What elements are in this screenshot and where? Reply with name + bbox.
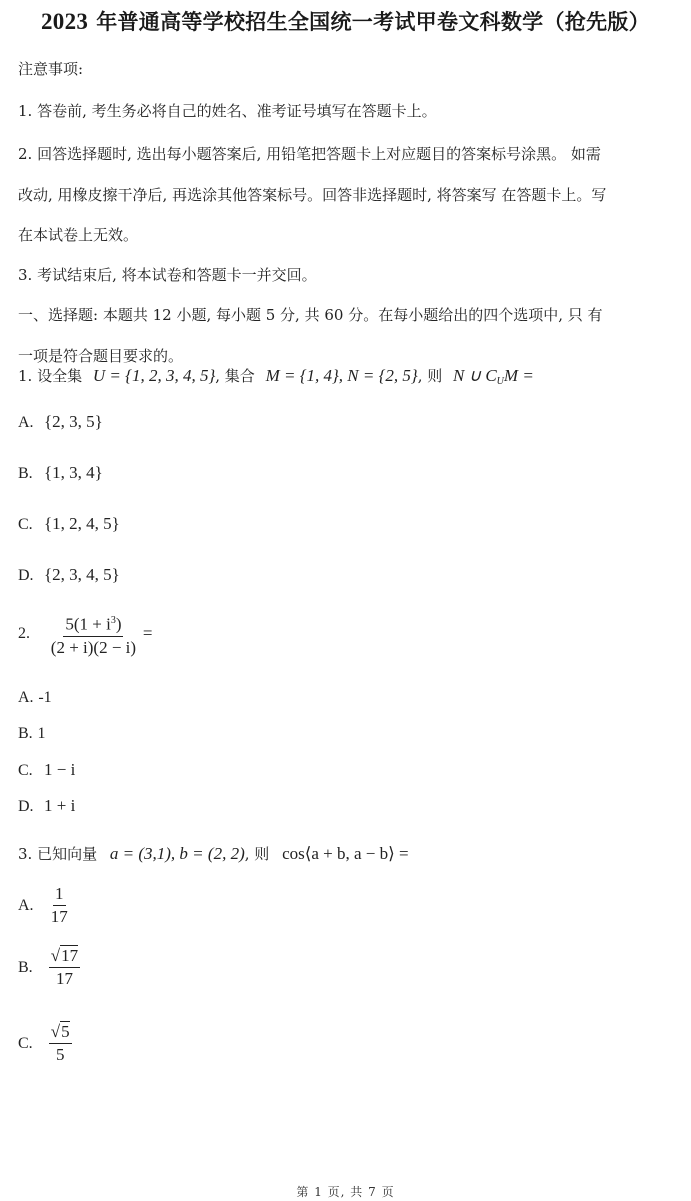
notice-2-cont: 改动, 用橡皮擦干净后, 再选涂其他答案标号。回答非选择题时, 将答案写 在答题… bbox=[18, 184, 606, 205]
stem-text: , 集合 bbox=[215, 367, 255, 385]
option-value: -1 bbox=[38, 689, 51, 706]
question-number: 2. bbox=[18, 625, 44, 643]
math-subscript: U bbox=[497, 376, 504, 387]
option-2a: A. -1 bbox=[18, 688, 52, 707]
option-value: {1, 3, 4} bbox=[44, 463, 103, 482]
option-label: C. bbox=[18, 516, 44, 534]
radicand: 17 bbox=[60, 945, 78, 965]
notice-1: 1. 答卷前, 考生务必将自己的姓名、准考证号填写在答题卡上。 bbox=[18, 100, 437, 121]
option-value: {2, 3, 4, 5} bbox=[44, 565, 120, 584]
numerator-part: 5(1 + i bbox=[65, 615, 110, 634]
option-2d: D.1 + i bbox=[18, 796, 75, 816]
option-label: D. bbox=[18, 567, 44, 585]
numerator: 5(1 + i3) bbox=[63, 611, 123, 637]
option-label: A. bbox=[18, 414, 44, 432]
page-footer: 第 1 页, 共 7 页 bbox=[0, 1183, 691, 1200]
sqrt-symbol: √17 bbox=[51, 946, 78, 966]
option-3c: C. √5 5 bbox=[18, 1022, 72, 1065]
radicand: 5 bbox=[60, 1021, 70, 1041]
notice-3: 3. 考试结束后, 将本试卷和答题卡一并交回。 bbox=[18, 264, 317, 285]
stem-text: 设全集 bbox=[37, 367, 82, 385]
section-intro: 一、选择题: 本题共 12 小题, 每小题 5 分, 共 60 分。在每小题给出… bbox=[18, 304, 603, 325]
numerator-part: ) bbox=[116, 615, 122, 634]
option-value: {1, 2, 4, 5} bbox=[44, 514, 120, 533]
question-2-stem: 2. 5(1 + i3) (2 + i)(2 − i) = bbox=[18, 611, 152, 658]
question-1-stem: 1. 设全集 U = {1, 2, 3, 4, 5}, 集合 M = {1, 4… bbox=[18, 365, 534, 387]
denominator: 17 bbox=[49, 906, 70, 927]
option-label: C. bbox=[18, 1035, 44, 1053]
numerator: √17 bbox=[49, 946, 80, 968]
stem-text: , 则 bbox=[418, 367, 443, 385]
sqrt-symbol: √5 bbox=[51, 1022, 70, 1042]
numerator: √5 bbox=[49, 1022, 72, 1044]
option-label: C. bbox=[18, 762, 44, 780]
option-1a: A.{2, 3, 5} bbox=[18, 412, 103, 432]
option-label: B. bbox=[18, 725, 33, 742]
option-3a: A. 1 17 bbox=[18, 884, 70, 927]
option-2c: C.1 − i bbox=[18, 760, 75, 780]
notice-2-end: 在本试卷上无效。 bbox=[18, 224, 138, 245]
math-expression: N ∪ CUM = bbox=[453, 366, 534, 385]
denominator: 17 bbox=[54, 968, 75, 989]
section-intro-cont: 一项是符合题目要求的。 bbox=[18, 345, 183, 366]
fraction: √17 17 bbox=[49, 946, 80, 989]
option-label: D. bbox=[18, 798, 44, 816]
option-2b: B. 1 bbox=[18, 724, 45, 743]
denominator: 5 bbox=[54, 1044, 67, 1065]
option-value: 1 + i bbox=[44, 796, 75, 815]
option-label: A. bbox=[18, 689, 34, 706]
fraction: √5 5 bbox=[49, 1022, 72, 1065]
stem-text: , 则 bbox=[245, 845, 270, 863]
math-expression: U = {1, 2, 3, 4, 5} bbox=[93, 366, 215, 385]
math-expression: M = {1, 4}, N = {2, 5} bbox=[266, 366, 418, 385]
page-title: 2023年普通高等学校招生全国统一考试甲卷文科数学（抢先版） bbox=[0, 6, 691, 36]
question-3-stem: 3. 已知向量 a = (3,1), b = (2, 2), 则 cos⟨a +… bbox=[18, 843, 409, 864]
denominator: (2 + i)(2 − i) bbox=[49, 637, 138, 658]
option-value: 1 bbox=[37, 725, 45, 742]
question-number: 3. bbox=[18, 845, 32, 863]
math-part: M = bbox=[504, 366, 534, 385]
option-value: {2, 3, 5} bbox=[44, 412, 103, 431]
option-1b: B.{1, 3, 4} bbox=[18, 463, 103, 483]
fraction: 5(1 + i3) (2 + i)(2 − i) bbox=[49, 611, 138, 658]
stem-text: 已知向量 bbox=[37, 845, 97, 863]
fraction: 1 17 bbox=[49, 884, 70, 927]
option-label: A. bbox=[18, 897, 44, 915]
numerator: 1 bbox=[53, 884, 66, 906]
math-expression: cos⟨a + b, a − b⟩ = bbox=[282, 844, 409, 863]
option-3b: B. √17 17 bbox=[18, 946, 80, 989]
option-value: 1 − i bbox=[44, 760, 75, 779]
exam-page: 2023年普通高等学校招生全国统一考试甲卷文科数学（抢先版） 注意事项: 1. … bbox=[0, 0, 691, 1201]
math-expression: a = (3,1), b = (2, 2) bbox=[110, 844, 245, 863]
equals-sign: = bbox=[143, 623, 153, 642]
option-label: B. bbox=[18, 959, 44, 977]
notice-2: 2. 回答选择题时, 选出每小题答案后, 用铅笔把答题卡上对应题目的答案标号涂黑… bbox=[18, 143, 601, 164]
notice-heading: 注意事项: bbox=[18, 58, 83, 79]
option-1c: C.{1, 2, 4, 5} bbox=[18, 514, 120, 534]
title-year: 2023 bbox=[41, 9, 88, 34]
title-text: 年普通高等学校招生全国统一考试甲卷文科数学（抢先版） bbox=[96, 9, 650, 34]
math-part: N ∪ C bbox=[453, 366, 497, 385]
option-1d: D.{2, 3, 4, 5} bbox=[18, 565, 120, 585]
option-label: B. bbox=[18, 465, 44, 483]
question-number: 1. bbox=[18, 367, 32, 385]
